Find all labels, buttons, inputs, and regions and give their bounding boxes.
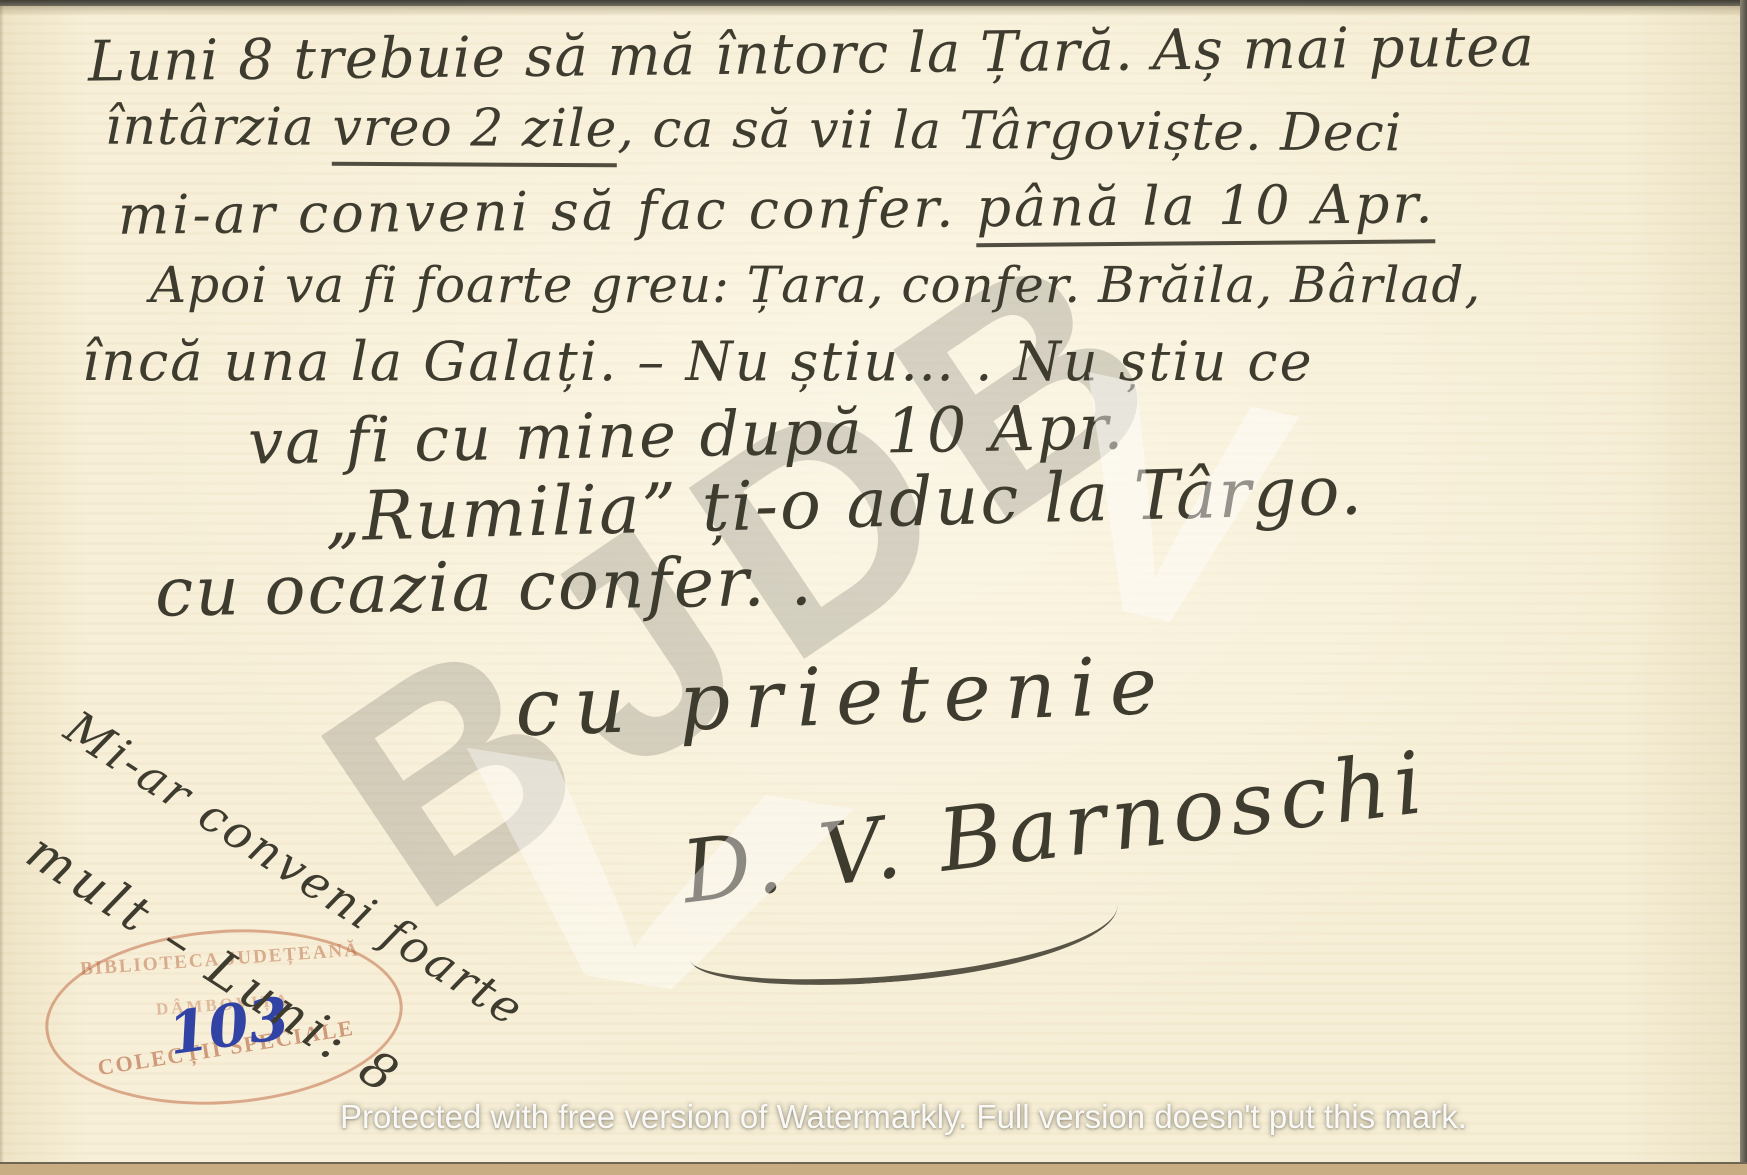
scan-edge-left: [0, 0, 4, 1175]
handwritten-line-3: mi-ar conveni să fac confer. până la 10 …: [118, 172, 1436, 246]
handwritten-line-4: Apoi va fi foarte greu: Țara, confer. Br…: [150, 256, 1481, 314]
line-3-underlined-phrase: până la 10 Apr.: [976, 172, 1436, 247]
line-3-post: [1435, 172, 1436, 235]
handwritten-line-8: cu ocazia confer. .: [154, 542, 814, 632]
line-2-post: , ca să vii la Târgoviște. Deci: [617, 99, 1402, 163]
handwritten-line-1: Luni 8 trebuie să mă întorc la Țară. Aș …: [88, 14, 1535, 94]
scan-edge-bottom: [0, 1162, 1747, 1175]
line-2-underlined-phrase: vreo 2 zile: [332, 98, 617, 167]
handwritten-line-2: întârzia vreo 2 zile, ca să vii la Târgo…: [105, 97, 1403, 164]
white-watermark-wide-chevron-icon: V: [423, 700, 865, 1059]
scan-edge-top-shadow: [0, 6, 1747, 16]
postcard-scan: BJDB BIBLIOTECA JUDEȚEANĂ DÂMBOVIȚA COLE…: [0, 0, 1747, 1175]
scan-edge-top: [0, 0, 1747, 6]
scan-edge-right: [1740, 0, 1747, 1175]
line-2-pre: întârzia: [105, 97, 333, 158]
line-3-pre: mi-ar conveni să fac confer.: [118, 176, 977, 246]
watermarkly-notice: Protected with free version of Watermark…: [60, 1098, 1747, 1136]
